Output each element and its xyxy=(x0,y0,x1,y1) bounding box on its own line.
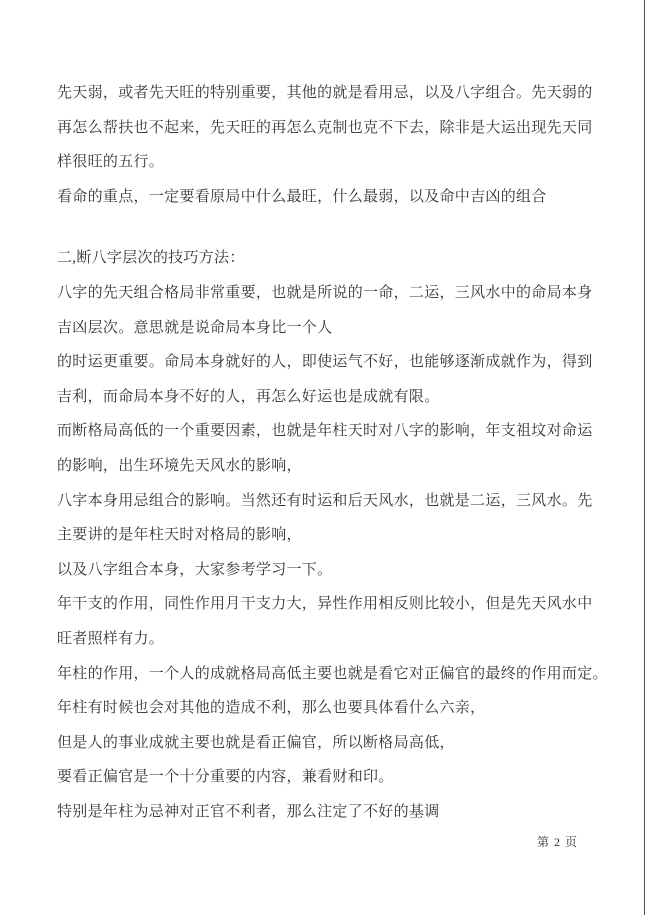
text-line: 再怎么帮扶也不起来，先天旺的再怎么克制也克不下去，除非是大运出现先天同 xyxy=(57,111,609,146)
page-right-edge-line xyxy=(644,0,645,915)
text-line: 年柱有时候也会对其他的造成不利，那么也要具体看什么六亲， xyxy=(57,691,609,726)
text-line: 八字本身用忌组合的影响。当然还有时运和后天风水，也就是二运，三风水。先 xyxy=(57,484,609,519)
text-line: 年柱的作用，一个人的成就格局高低主要也就是看它对正偏官的最终的作用而定。 xyxy=(57,657,609,692)
text-line: 看命的重点，一定要看原局中什么最旺，什么最弱，以及命中吉凶的组合 xyxy=(57,180,609,215)
document-text-block: 先天弱，或者先天旺的特别重要，其他的就是看用忌，以及八字组合。先天弱的再怎么帮扶… xyxy=(57,76,609,829)
text-line: 要看正偏官是一个十分重要的内容，兼看财和印。 xyxy=(57,760,609,795)
text-line: 的时运更重要。命局本身就好的人，即使运气不好，也能够逐渐成就作为，得到 xyxy=(57,345,609,380)
text-line: 主要讲的是年柱天时对格局的影响， xyxy=(57,518,609,553)
page-number: 第 2 页 xyxy=(537,833,578,850)
text-line: 样很旺的五行。 xyxy=(57,145,609,180)
text-line: 吉利，而命局本身不好的人，再怎么好运也是成就有限。 xyxy=(57,380,609,415)
text-line: 以及八字组合本身，大家参考学习一下。 xyxy=(57,553,609,588)
text-line: 年干支的作用，同性作用月干支力大，异性作用相反则比较小，但是先天风水中 xyxy=(57,587,609,622)
text-line: 的影响，出生环境先天风水的影响， xyxy=(57,449,609,484)
text-line: 先天弱，或者先天旺的特别重要，其他的就是看用忌，以及八字组合。先天弱的 xyxy=(57,76,609,111)
text-line: 但是人的事业成就主要也就是看正偏官，所以断格局高低， xyxy=(57,726,609,761)
section-heading: 二,断八字层次的技巧方法： xyxy=(57,241,609,276)
text-line: 吉凶层次。意思就是说命局本身比一个人 xyxy=(57,311,609,346)
text-line: 八字的先天组合格局非常重要，也就是所说的一命，二运，三风水中的命局本身 xyxy=(57,276,609,311)
text-line: 旺者照样有力。 xyxy=(57,622,609,657)
document-page: 先天弱，或者先天旺的特别重要，其他的就是看用忌，以及八字组合。先天弱的再怎么帮扶… xyxy=(0,0,647,915)
text-line: 而断格局高低的一个重要因素，也就是年柱天时对八字的影响，年支祖坟对命运 xyxy=(57,414,609,449)
text-line: 特别是年柱为忌神对正官不利者，那么注定了不好的基调 xyxy=(57,795,609,830)
